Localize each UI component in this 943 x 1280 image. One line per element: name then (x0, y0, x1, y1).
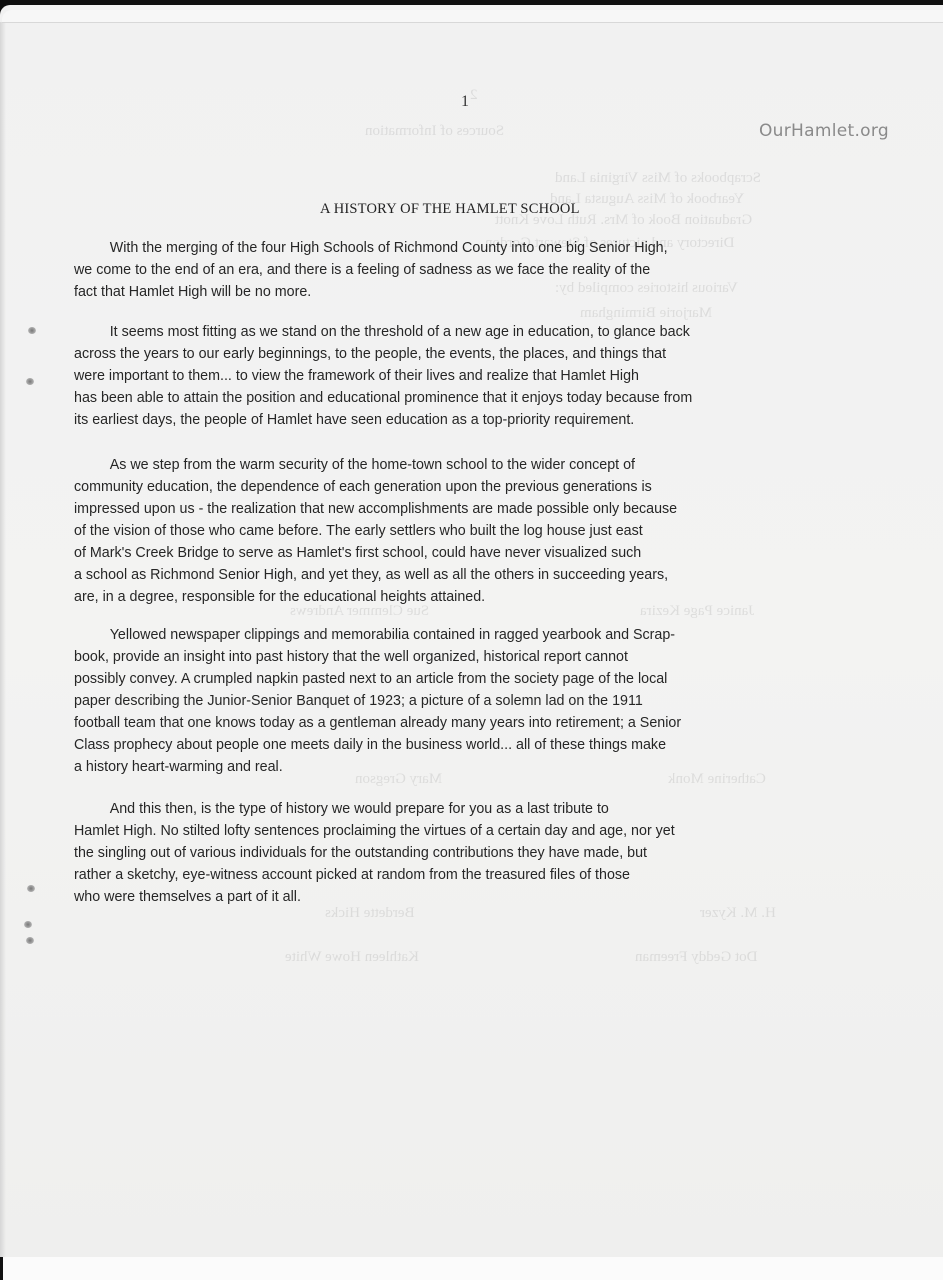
paragraph-line: paper describing the Junior-Senior Banqu… (74, 690, 873, 712)
paragraph-line: It seems most fitting as we stand on the… (74, 321, 873, 343)
paragraph-line: who were themselves a part of it all. (74, 886, 873, 908)
bleed-heading: Sources of Information (365, 123, 504, 140)
paragraph-line: rather a sketchy, eye-witness account pi… (74, 864, 873, 886)
page-number: 1 (461, 93, 469, 111)
paragraph-line: impressed upon us - the realization that… (74, 498, 873, 520)
paragraph-line: across the years to our early beginnings… (74, 343, 873, 365)
scanner-bed-edge (0, 1257, 943, 1280)
paragraph-line: the singling out of various individuals … (74, 842, 873, 864)
paragraph-line: book, provide an insight into past histo… (74, 646, 873, 668)
watermark: OurHamlet.org (759, 121, 889, 141)
bleed-line: Marjorie Birmingham (580, 305, 712, 322)
document-page: 2 Sources of Information Scrapbooks of M… (0, 5, 943, 1257)
punch-hole (26, 378, 34, 385)
paragraph-line: of the vision of those who came before. … (74, 520, 873, 542)
paragraph-line: Class prophecy about people one meets da… (74, 734, 873, 756)
paragraph-4: Yellowed newspaper clippings and memorab… (74, 624, 873, 778)
paragraph-line: of Mark's Creek Bridge to serve as Hamle… (74, 542, 873, 564)
punch-hole (28, 327, 36, 334)
page-left-shadow (0, 22, 6, 1262)
paragraph-line: fact that Hamlet High will be no more. (74, 281, 873, 303)
bleed-name: Kathleen Howe White (285, 949, 419, 966)
bleed-page-number: 2 (470, 87, 478, 104)
paragraph-line: has been able to attain the position and… (74, 387, 873, 409)
paragraph-line: Yellowed newspaper clippings and memorab… (74, 624, 873, 646)
paragraph-line: we come to the end of an era, and there … (74, 259, 873, 281)
page-top-edge (2, 10, 943, 23)
paragraph-3: As we step from the warm security of the… (74, 454, 873, 608)
paragraph-line: a history heart-warming and real. (74, 756, 873, 778)
paragraph-line: were important to them... to view the fr… (74, 365, 873, 387)
paragraph-5: And this then, is the type of history we… (74, 798, 873, 908)
paragraph-line: As we step from the warm security of the… (74, 454, 873, 476)
paragraph-line: And this then, is the type of history we… (74, 798, 873, 820)
paragraph-2: It seems most fitting as we stand on the… (74, 321, 873, 431)
bleed-name: Dot Geddy Freeman (635, 949, 757, 966)
paragraph-line: With the merging of the four High School… (74, 237, 873, 259)
punch-hole (26, 937, 34, 944)
bleed-line: Scrapbooks of Miss Virginia Land (555, 170, 761, 187)
paragraph-line: are, in a degree, responsible for the ed… (74, 586, 873, 608)
paragraph-line: a school as Richmond Senior High, and ye… (74, 564, 873, 586)
punch-hole (24, 921, 32, 928)
paragraph-line: Hamlet High. No stilted lofty sentences … (74, 820, 873, 842)
paragraph-line: possibly convey. A crumpled napkin paste… (74, 668, 873, 690)
punch-hole (27, 885, 35, 892)
paragraph-line: community education, the dependence of e… (74, 476, 873, 498)
paragraph-line: football team that one knows today as a … (74, 712, 873, 734)
paragraph-1: With the merging of the four High School… (74, 237, 873, 303)
paragraph-line: its earliest days, the people of Hamlet … (74, 409, 873, 431)
document-title: A HISTORY OF THE HAMLET SCHOOL (320, 201, 580, 218)
